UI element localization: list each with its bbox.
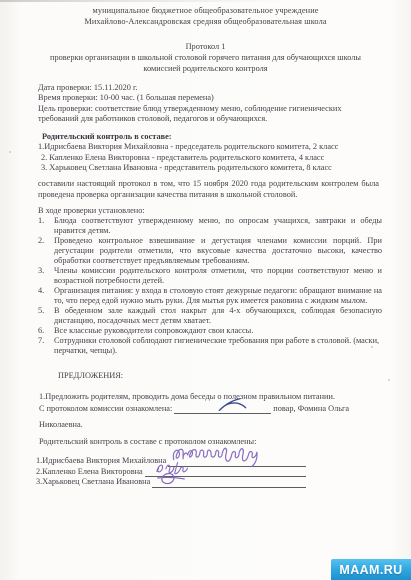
finding-number: 1. (38, 216, 47, 235)
signer-row-2: 2.Капленко Елена Викторовна (36, 467, 306, 478)
finding-text: Проведено контрольное взвешивание и дегу… (54, 236, 382, 265)
maam-watermark-label: MAAM.RU (339, 563, 402, 577)
cook-ack-row: С протоколом комиссии ознакомлена: повар… (39, 404, 391, 414)
proposal-item-1: 1.Предложить родителям, проводить дома б… (39, 392, 389, 402)
finding-item: 4. Организация питания: у входа в столов… (38, 286, 382, 305)
finding-text: Члены комиссии родительского контроля от… (54, 266, 382, 285)
finding-text: Блюда соответствуют утвержденному меню, … (54, 216, 382, 235)
check-date-line: Дата проверки: 15.11.2020 г. (38, 83, 382, 93)
scan-speck (9, 151, 11, 153)
check-goal-line: Цель проверки: соответствие блюд утвержд… (38, 104, 382, 125)
signature-line-1 (168, 458, 306, 467)
org-name-line2: Михайлово-Александровская средняя общеоб… (0, 17, 411, 27)
finding-item: 2. Проведено контрольное взвешивание и д… (38, 236, 382, 265)
finding-number: 3. (38, 266, 47, 285)
cook-ack-label: С протоколом комиссии ознакомлена: (39, 404, 172, 414)
finding-text: Организация питания: у входа в столовую … (54, 286, 382, 305)
finding-item: 1. Блюда соответствуют утвержденному мен… (38, 216, 382, 235)
scan-edge-artifact (0, 0, 288, 2)
finding-item: 5. В обеденном зале каждый стол накрыт д… (38, 306, 382, 325)
document-subtitle-line2: комиссией родительского контроля (0, 64, 411, 75)
maam-watermark-badge: MAAM.RU (331, 559, 411, 580)
org-name-line1: муниципальное бюджетное общеобразователь… (0, 6, 411, 16)
protocol-statement: составили настоящий протокол в том, что … (38, 179, 379, 200)
cook-ack-line2: Николаевна. (39, 420, 83, 430)
finding-number: 6. (38, 326, 47, 336)
finding-text: Сотрудники столовой соблюдают гигиеничес… (54, 336, 382, 355)
signer-name-1: 1.Идрисбаева Виктория Михайловна (36, 456, 166, 466)
finding-item: 6. Все классные руководители сопровождаю… (38, 326, 382, 336)
finding-text: Все классные руководители сопровождают с… (54, 326, 382, 336)
cook-signature-line (174, 404, 271, 414)
committee-member-1: 1.Идрисбаева Виктория Михайловна - предс… (38, 142, 388, 152)
finding-number: 4. (38, 286, 47, 305)
committee-ack-heading: Родительский контроль в составе с проток… (39, 437, 256, 447)
scan-speck (388, 379, 390, 381)
findings-block: В ходе проверки установлено: 1. Блюда со… (38, 206, 382, 356)
proposals-heading: ПРЕДЛОЖЕНИЯ: (58, 371, 123, 381)
committee-member-2: 2. Капленко Елена Викторовна - представи… (38, 153, 388, 163)
finding-number: 7. (38, 336, 47, 355)
signer-row-3: 3.Харьковец Светлана Ивановна (36, 477, 306, 488)
signer-name-2: 2.Капленко Елена Викторовна (36, 467, 143, 477)
finding-text: В обеденном зале каждый стол накрыт для … (54, 306, 382, 325)
signature-line-3 (152, 479, 306, 488)
signer-name-3: 3.Харьковец Светлана Ивановна (36, 477, 150, 487)
finding-item: 3. Члены комиссии родительского контроля… (38, 266, 382, 285)
title-block: Протокол 1 проверки организации в школьн… (0, 42, 411, 75)
signers-block: 1.Идрисбаева Виктория Михайловна 2.Капле… (36, 456, 306, 488)
check-info-block: Дата проверки: 15.11.2020 г. Время прове… (38, 83, 382, 124)
committee-member-3: 3. Харьковец Светлана Ивановна - предста… (38, 163, 388, 173)
finding-number: 2. (38, 236, 47, 265)
finding-item: 7. Сотрудники столовой соблюдают гигиени… (38, 336, 382, 355)
finding-number: 5. (38, 306, 47, 325)
scanned-protocol-page: муниципальное бюджетное общеобразователь… (0, 0, 411, 580)
document-subtitle-line1: проверки организации в школьной столовой… (0, 53, 411, 64)
committee-block: Родительский контроль в составе: 1.Идрис… (38, 132, 388, 174)
findings-heading: В ходе проверки установлено: (38, 206, 382, 216)
signer-row-1: 1.Идрисбаева Виктория Михайловна (36, 456, 306, 467)
committee-heading: Родительский контроль в составе: (38, 132, 388, 142)
signature-line-2 (145, 468, 306, 477)
cook-ack-after: повар, Фомина Ольга (273, 404, 349, 414)
check-time-line: Время проверки: 10-00 час. (1 большая пе… (38, 93, 382, 103)
document-title: Протокол 1 (0, 42, 411, 53)
